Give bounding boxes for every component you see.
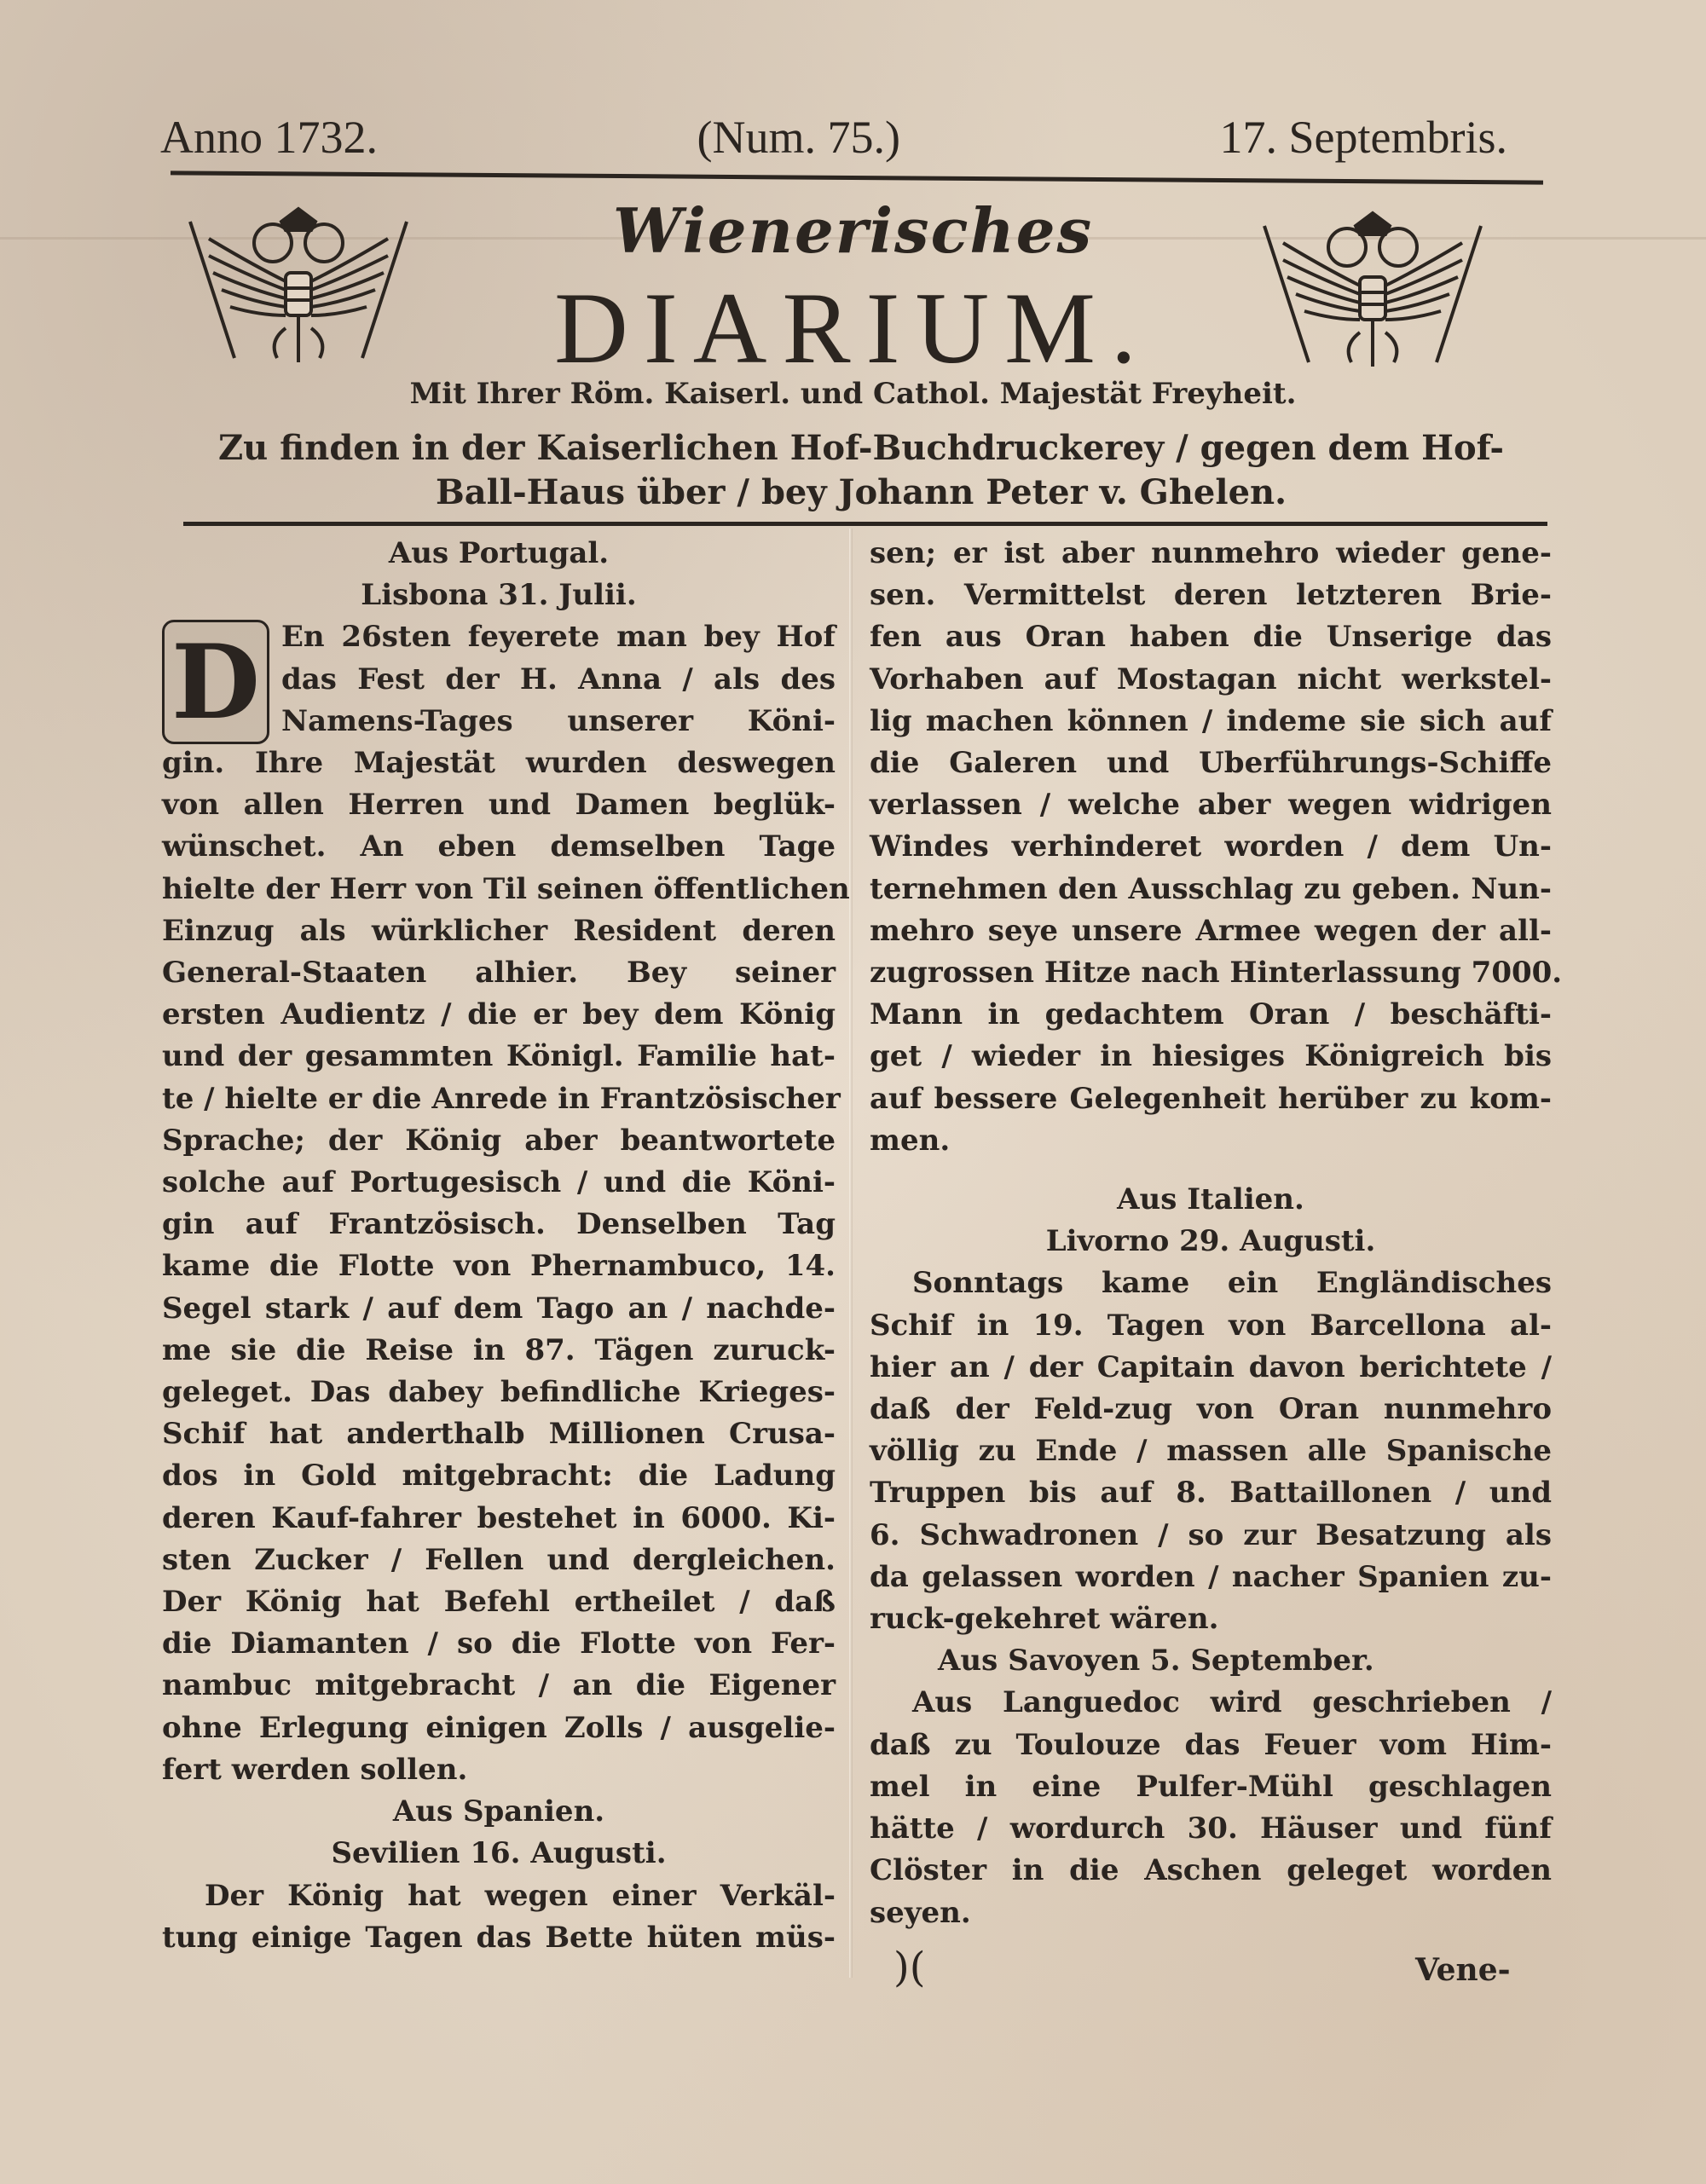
- ornamental-dropcap: D: [162, 620, 269, 744]
- text-line: sten Zucker / Fellen und dergleichen.: [162, 1540, 836, 1581]
- imprint-line: Zu finden in der Kaiserlichen Hof-Buchdr…: [162, 426, 1560, 471]
- section-end-ornament-icon: )(: [893, 1944, 925, 1991]
- text-line: daß zu Toulouze das Feuer vom Him-: [870, 1725, 1552, 1766]
- text-line: sen; er ist aber nunmehro wieder gene-: [870, 533, 1552, 575]
- text-line: Einzug als würklicher Resident deren: [162, 910, 836, 952]
- text-line: gin auf Frantzösisch. Denselben Tag: [162, 1204, 836, 1245]
- text-line: ternehmen den Ausschlag zu geben. Nun-: [870, 869, 1552, 910]
- text-line: te / hielte er die Anrede in Frantzösisc…: [162, 1078, 836, 1120]
- text-line: seyen.: [870, 1892, 1552, 1934]
- text-line: und der gesammten Königl. Familie hat-: [162, 1036, 836, 1078]
- masthead-privilege: Mit Ihrer Röm. Kaiserl. und Cathol. Maje…: [0, 377, 1706, 411]
- text-line: völlig zu Ende / massen alle Spanische: [870, 1430, 1552, 1472]
- text-line: ruck-gekehret wären.: [870, 1598, 1552, 1640]
- text-line: die Diamanten / so die Flotte von Fer-: [162, 1623, 836, 1665]
- masthead-imprint: Zu finden in der Kaiserlichen Hof-Buchdr…: [162, 426, 1560, 515]
- issue-number: (Num. 75.): [697, 111, 900, 164]
- text-line: Mann in gedachtem Oran / beschäfti-: [870, 994, 1552, 1036]
- masthead-dateline: Anno 1732. (Num. 75.) 17. Septembris.: [160, 111, 1507, 164]
- text-line: solche auf Portugesisch / und die Köni-: [162, 1162, 836, 1204]
- text-line: nambuc mitgebracht / an die Eigener: [162, 1665, 836, 1707]
- dateline-livorno: Livorno 29. Augusti.: [870, 1221, 1552, 1262]
- section-heading-italien: Aus Italien.: [870, 1179, 1552, 1221]
- text-line: ersten Audientz / die er bey dem König: [162, 994, 836, 1036]
- text-line: deren Kauf-fahrer bestehet in 6000. Ki-: [162, 1498, 836, 1540]
- text-line: sen. Vermittelst deren letzteren Brie-: [870, 575, 1552, 616]
- text-line: fert werden sollen.: [162, 1749, 836, 1791]
- paper-fold-vertical: [849, 529, 853, 1978]
- text-line: get / wieder in hiesiges Königreich bis: [870, 1036, 1552, 1078]
- text-line: gin. Ihre Majestät wurden deswegen: [162, 742, 836, 784]
- imprint-line: Ball-Haus über / bey Johann Peter v. Ghe…: [162, 471, 1560, 515]
- text-line: General-Staaten alhier. Bey seiner: [162, 952, 836, 994]
- issue-year: Anno 1732.: [160, 111, 378, 164]
- masthead-rule-bottom: [183, 522, 1547, 526]
- text-line: lig machen können / indeme sie sich auf: [870, 701, 1552, 742]
- text-line: Windes verhinderet worden / dem Un-: [870, 826, 1552, 868]
- masthead-title-wienerisches: Wienerisches: [0, 194, 1706, 267]
- catchword: Vene-: [1415, 1952, 1511, 1988]
- issue-date: 17. Septembris.: [1220, 111, 1507, 164]
- right-column: sen; er ist aber nunmehro wieder gene- s…: [870, 533, 1552, 1934]
- text-line: ohne Erlegung einigen Zolls / ausgelie-: [162, 1707, 836, 1749]
- text-line: men.: [870, 1120, 1552, 1162]
- text-line: daß der Feld-zug von Oran nunmehro: [870, 1389, 1552, 1430]
- text-line: Aus Languedoc wird geschrieben /: [870, 1682, 1552, 1724]
- text-line: Sprache; der König aber beantwortete: [162, 1120, 836, 1162]
- text-line: zugrossen Hitze nach Hinterlassung 7000.: [870, 952, 1552, 994]
- dateline-lisbona: Lisbona 31. Julii.: [162, 575, 836, 616]
- dateline-sevilien: Sevilien 16. Augusti.: [162, 1833, 836, 1875]
- text-line: wünschet. An eben demselben Tage: [162, 826, 836, 868]
- text-line: 6. Schwadronen / so zur Besatzung als: [870, 1515, 1552, 1557]
- text-line: dos in Gold mitgebracht: die Ladung: [162, 1455, 836, 1497]
- text-line: geleget. Das dabey befindliche Krieges-: [162, 1372, 836, 1413]
- text-line: hätte / wordurch 30. Häuser und fünf: [870, 1808, 1552, 1850]
- text-line: mel in eine Pulfer-Mühl geschlagen: [870, 1766, 1552, 1808]
- text-line: Segel stark / auf dem Tago an / nachde-: [162, 1288, 836, 1330]
- text-line: Der König hat wegen einer Verkäl-: [162, 1875, 836, 1917]
- text-line: auf bessere Gelegenheit herüber zu kom-: [870, 1078, 1552, 1120]
- text-line: fen aus Oran haben die Unserige das: [870, 616, 1552, 658]
- text-line: Truppen bis auf 8. Battaillonen / und: [870, 1472, 1552, 1514]
- text-line: von allen Herren und Damen beglük-: [162, 784, 836, 826]
- text-line: hier an / der Capitain davon berichtete …: [870, 1347, 1552, 1389]
- section-heading-spanien: Aus Spanien.: [162, 1791, 836, 1833]
- text-line: kame die Flotte von Phernambuco, 14.: [162, 1245, 836, 1287]
- text-line: Clöster in die Aschen geleget worden: [870, 1850, 1552, 1892]
- text-line: tung einige Tagen das Bette hüten müs-: [162, 1917, 836, 1959]
- text-line: Sonntags kame ein Engländisches: [870, 1262, 1552, 1304]
- text-line: Vorhaben auf Mostagan nicht werkstel-: [870, 659, 1552, 701]
- section-heading-savoyen: Aus Savoyen 5. September.: [870, 1640, 1552, 1682]
- text-line: Der König hat Befehl ertheilet / daß: [162, 1581, 836, 1623]
- masthead-title-diarium: DIARIUM.: [0, 269, 1706, 387]
- article-portugal: D En 26sten feyerete man bey Hof das Fes…: [162, 616, 836, 1791]
- text-line: Schif hat anderthalb Millionen Crusa-: [162, 1413, 836, 1455]
- section-heading-portugal: Aus Portugal.: [162, 533, 836, 575]
- text-line: me sie die Reise in 87. Tägen zuruck-: [162, 1330, 836, 1372]
- text-line: mehro seye unsere Armee wegen der all-: [870, 910, 1552, 952]
- left-column: Aus Portugal. Lisbona 31. Julii. D En 26…: [162, 533, 836, 1959]
- text-line: hielte der Herr von Til seinen öffentlic…: [162, 869, 836, 910]
- text-line: Schif in 19. Tagen von Barcellona al-: [870, 1305, 1552, 1347]
- text-line: da gelassen worden / nacher Spanien zu-: [870, 1557, 1552, 1598]
- text-line: verlassen / welche aber wegen widrigen: [870, 784, 1552, 826]
- text-line: die Galeren und Uberführungs-Schiffe: [870, 742, 1552, 784]
